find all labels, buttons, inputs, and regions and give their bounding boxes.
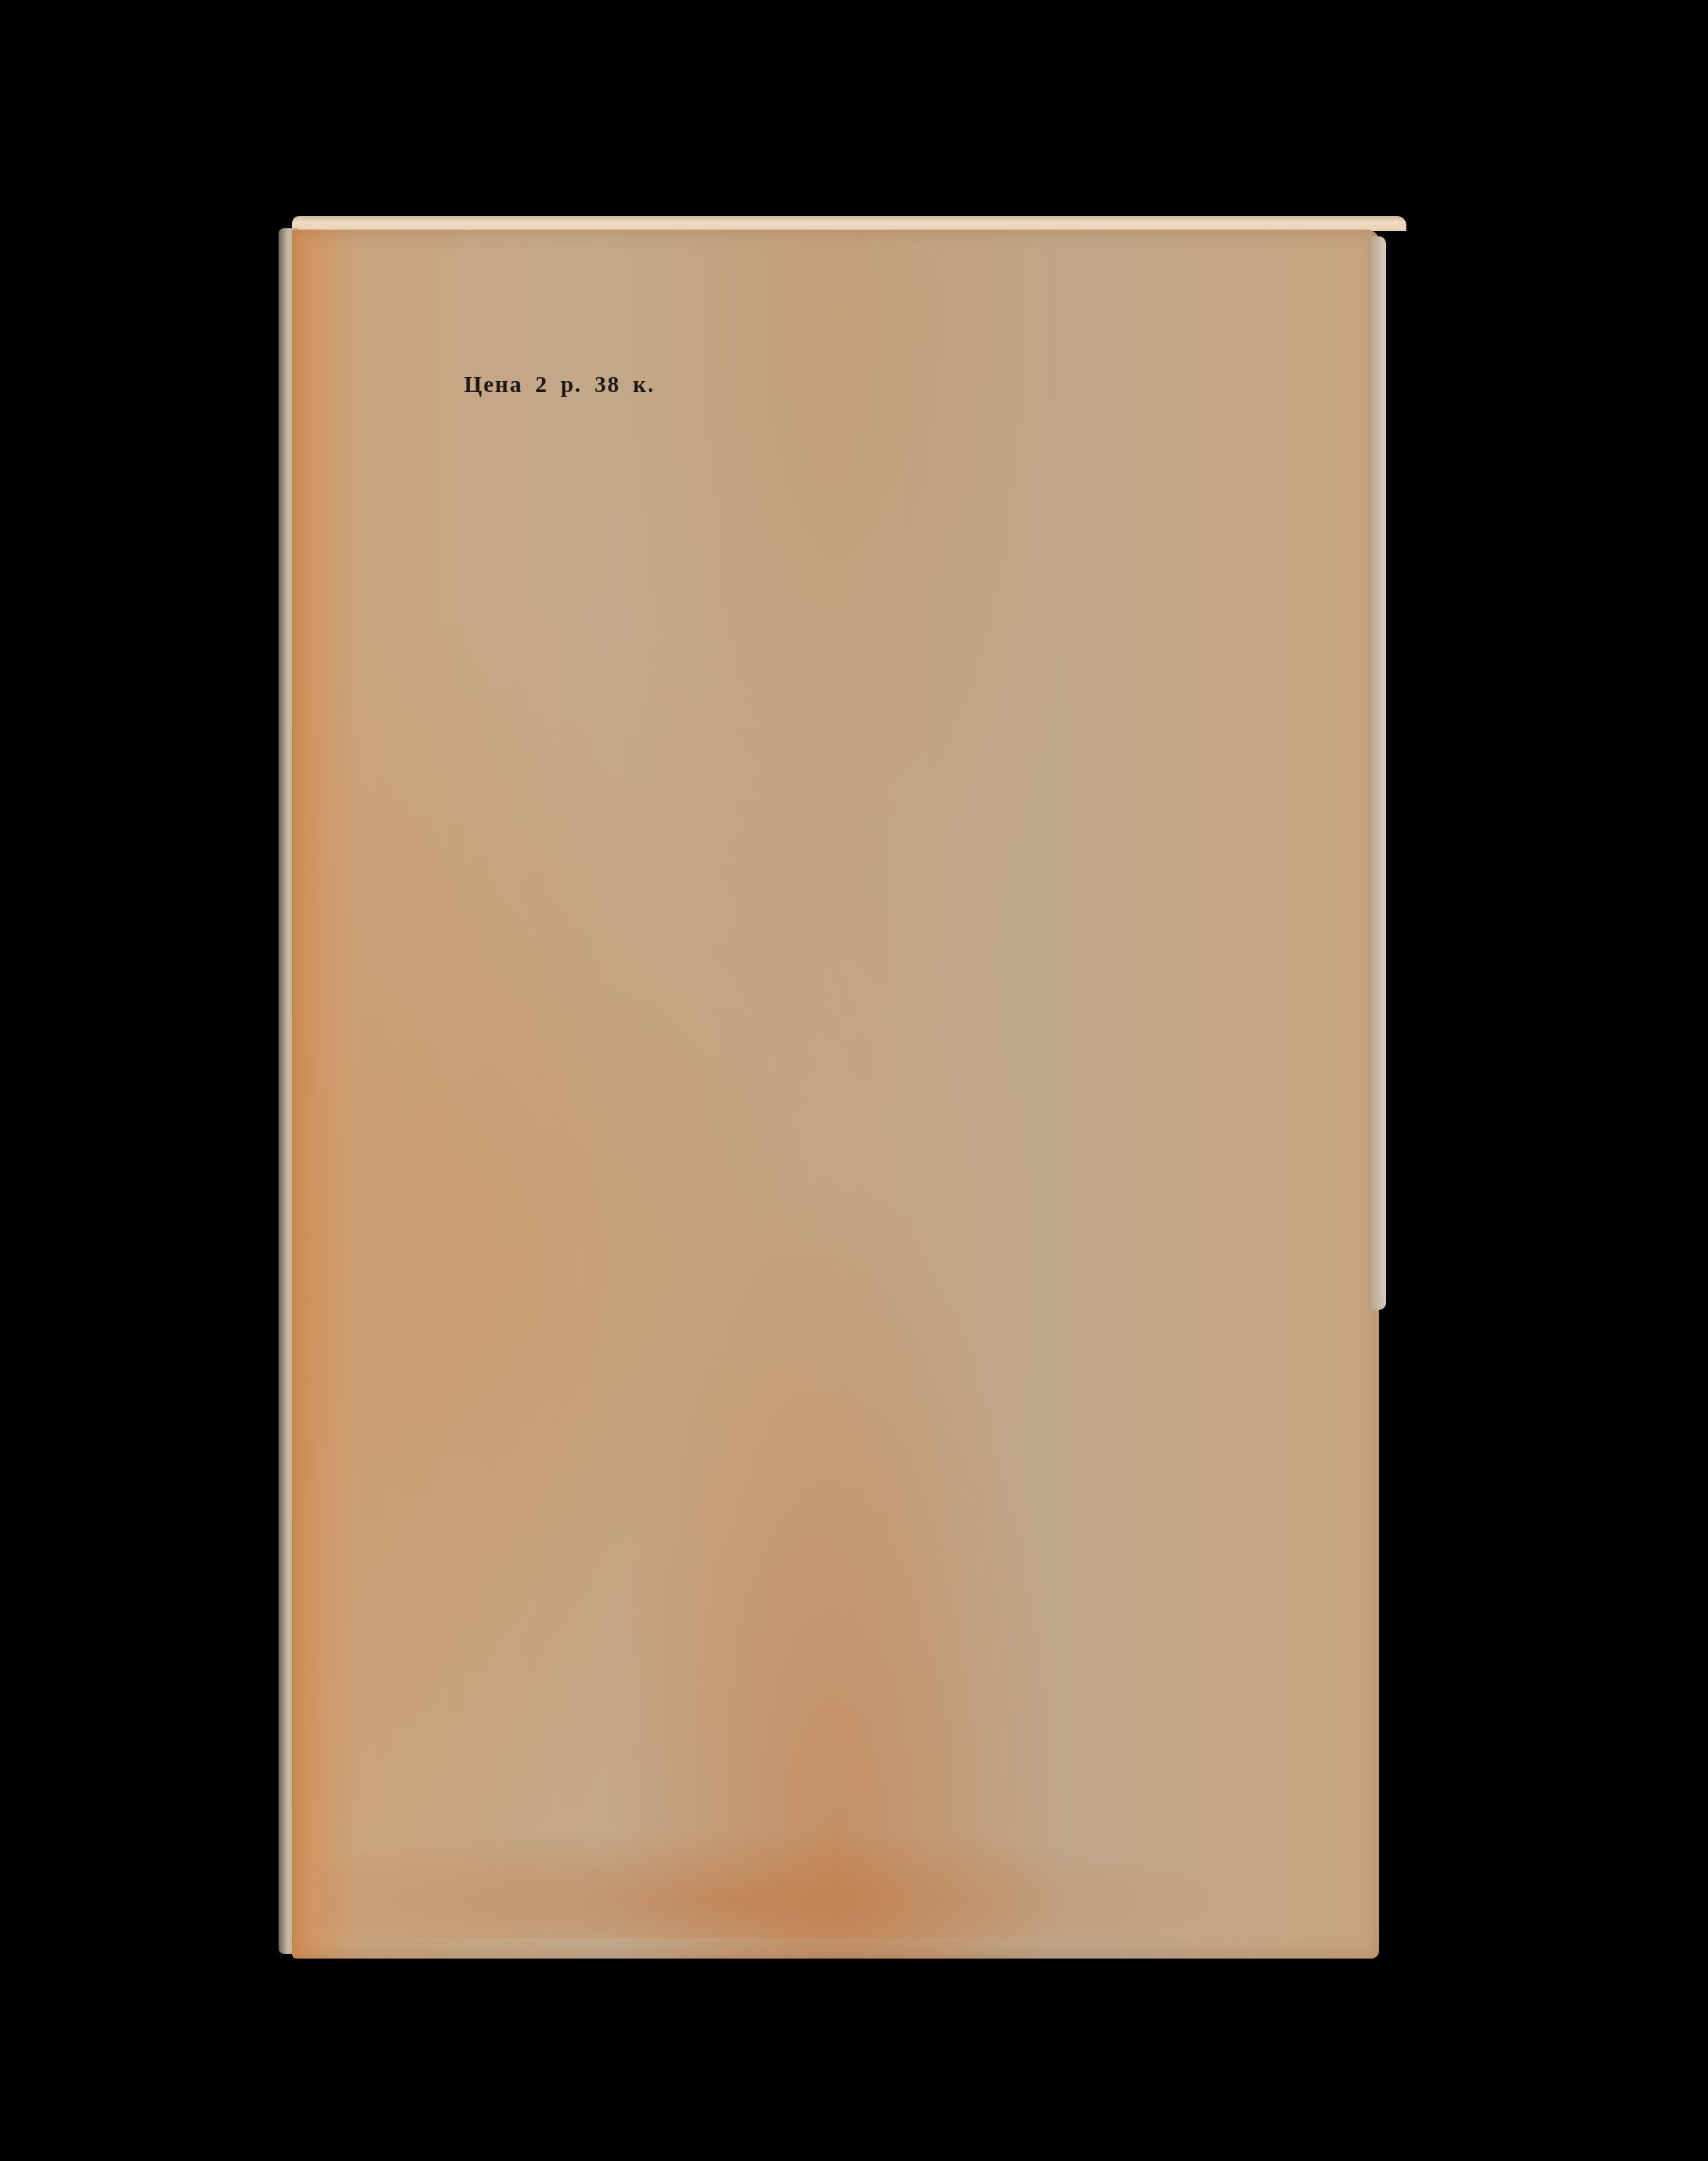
price-label: Цена 2 р. 38 к. bbox=[464, 372, 655, 398]
water-stain bbox=[319, 1816, 1338, 1938]
fore-edge bbox=[1368, 236, 1386, 1310]
page-block-top-edge bbox=[292, 216, 1406, 231]
book: Цена 2 р. 38 к. bbox=[279, 216, 1413, 1970]
back-cover: Цена 2 р. 38 к. bbox=[292, 230, 1379, 1959]
